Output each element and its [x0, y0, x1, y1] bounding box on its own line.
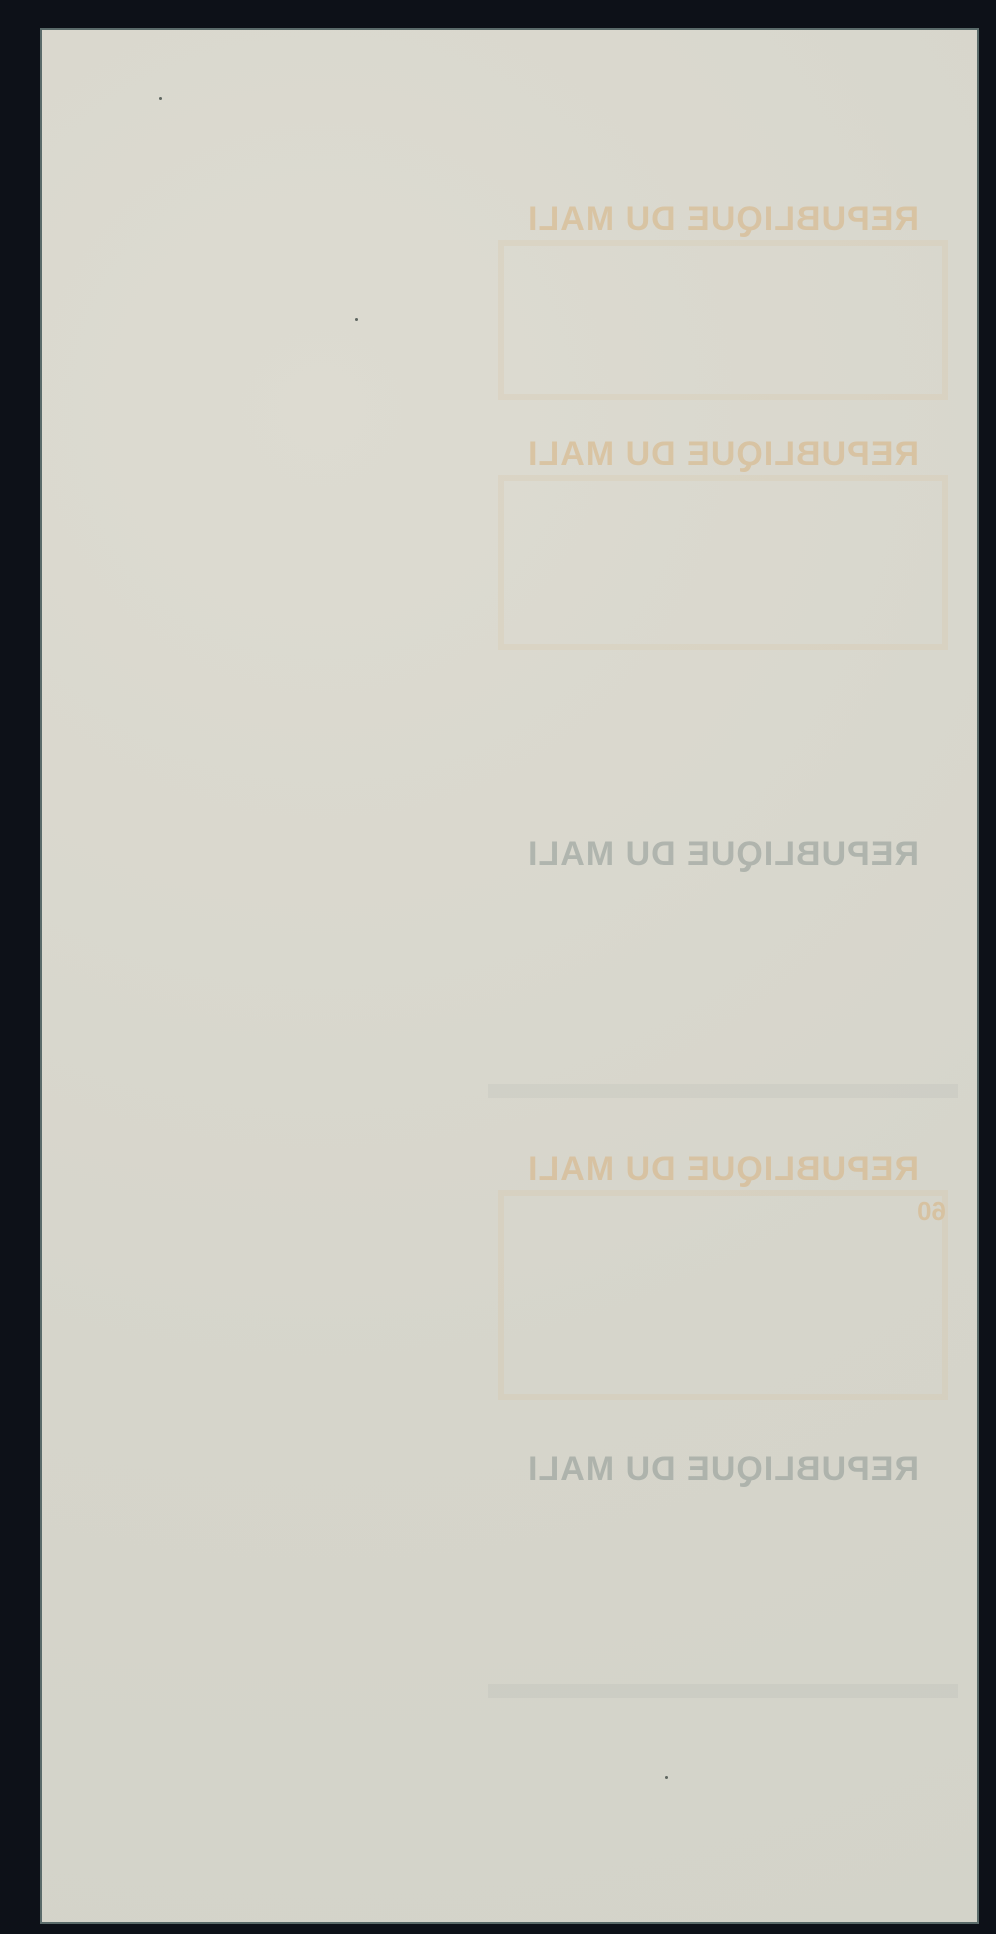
stamp-footer: [488, 1684, 958, 1698]
stamp-title: REPUBLIQUE DU MALI: [488, 200, 958, 239]
offset-stamp-1: REPUBLIQUE DU MALI: [488, 200, 958, 400]
stamp-title: REPUBLIQUE DU MALI: [488, 1150, 958, 1189]
stamp-frame: [498, 475, 948, 650]
paper-speck: [665, 1776, 668, 1779]
paper-speck: [159, 97, 162, 100]
stamp-title: REPUBLIQUE DU MALI: [488, 435, 958, 474]
stamp-title: REPUBLIQUE DU MALI: [488, 835, 958, 874]
offset-stamp-4: REPUBLIQUE DU MALI 60: [488, 1150, 958, 1400]
offset-stamp-5: REPUBLIQUE DU MALI: [488, 1450, 958, 1690]
stamp-frame: [498, 240, 948, 400]
stamp-frame: [498, 1190, 948, 1400]
paper-speck: [355, 318, 358, 321]
stamp-footer: [488, 1084, 958, 1098]
offset-stamp-2: REPUBLIQUE DU MALI: [488, 435, 958, 650]
stamp-title: REPUBLIQUE DU MALI: [488, 1450, 958, 1489]
offset-stamp-3: REPUBLIQUE DU MALI: [488, 835, 958, 1090]
